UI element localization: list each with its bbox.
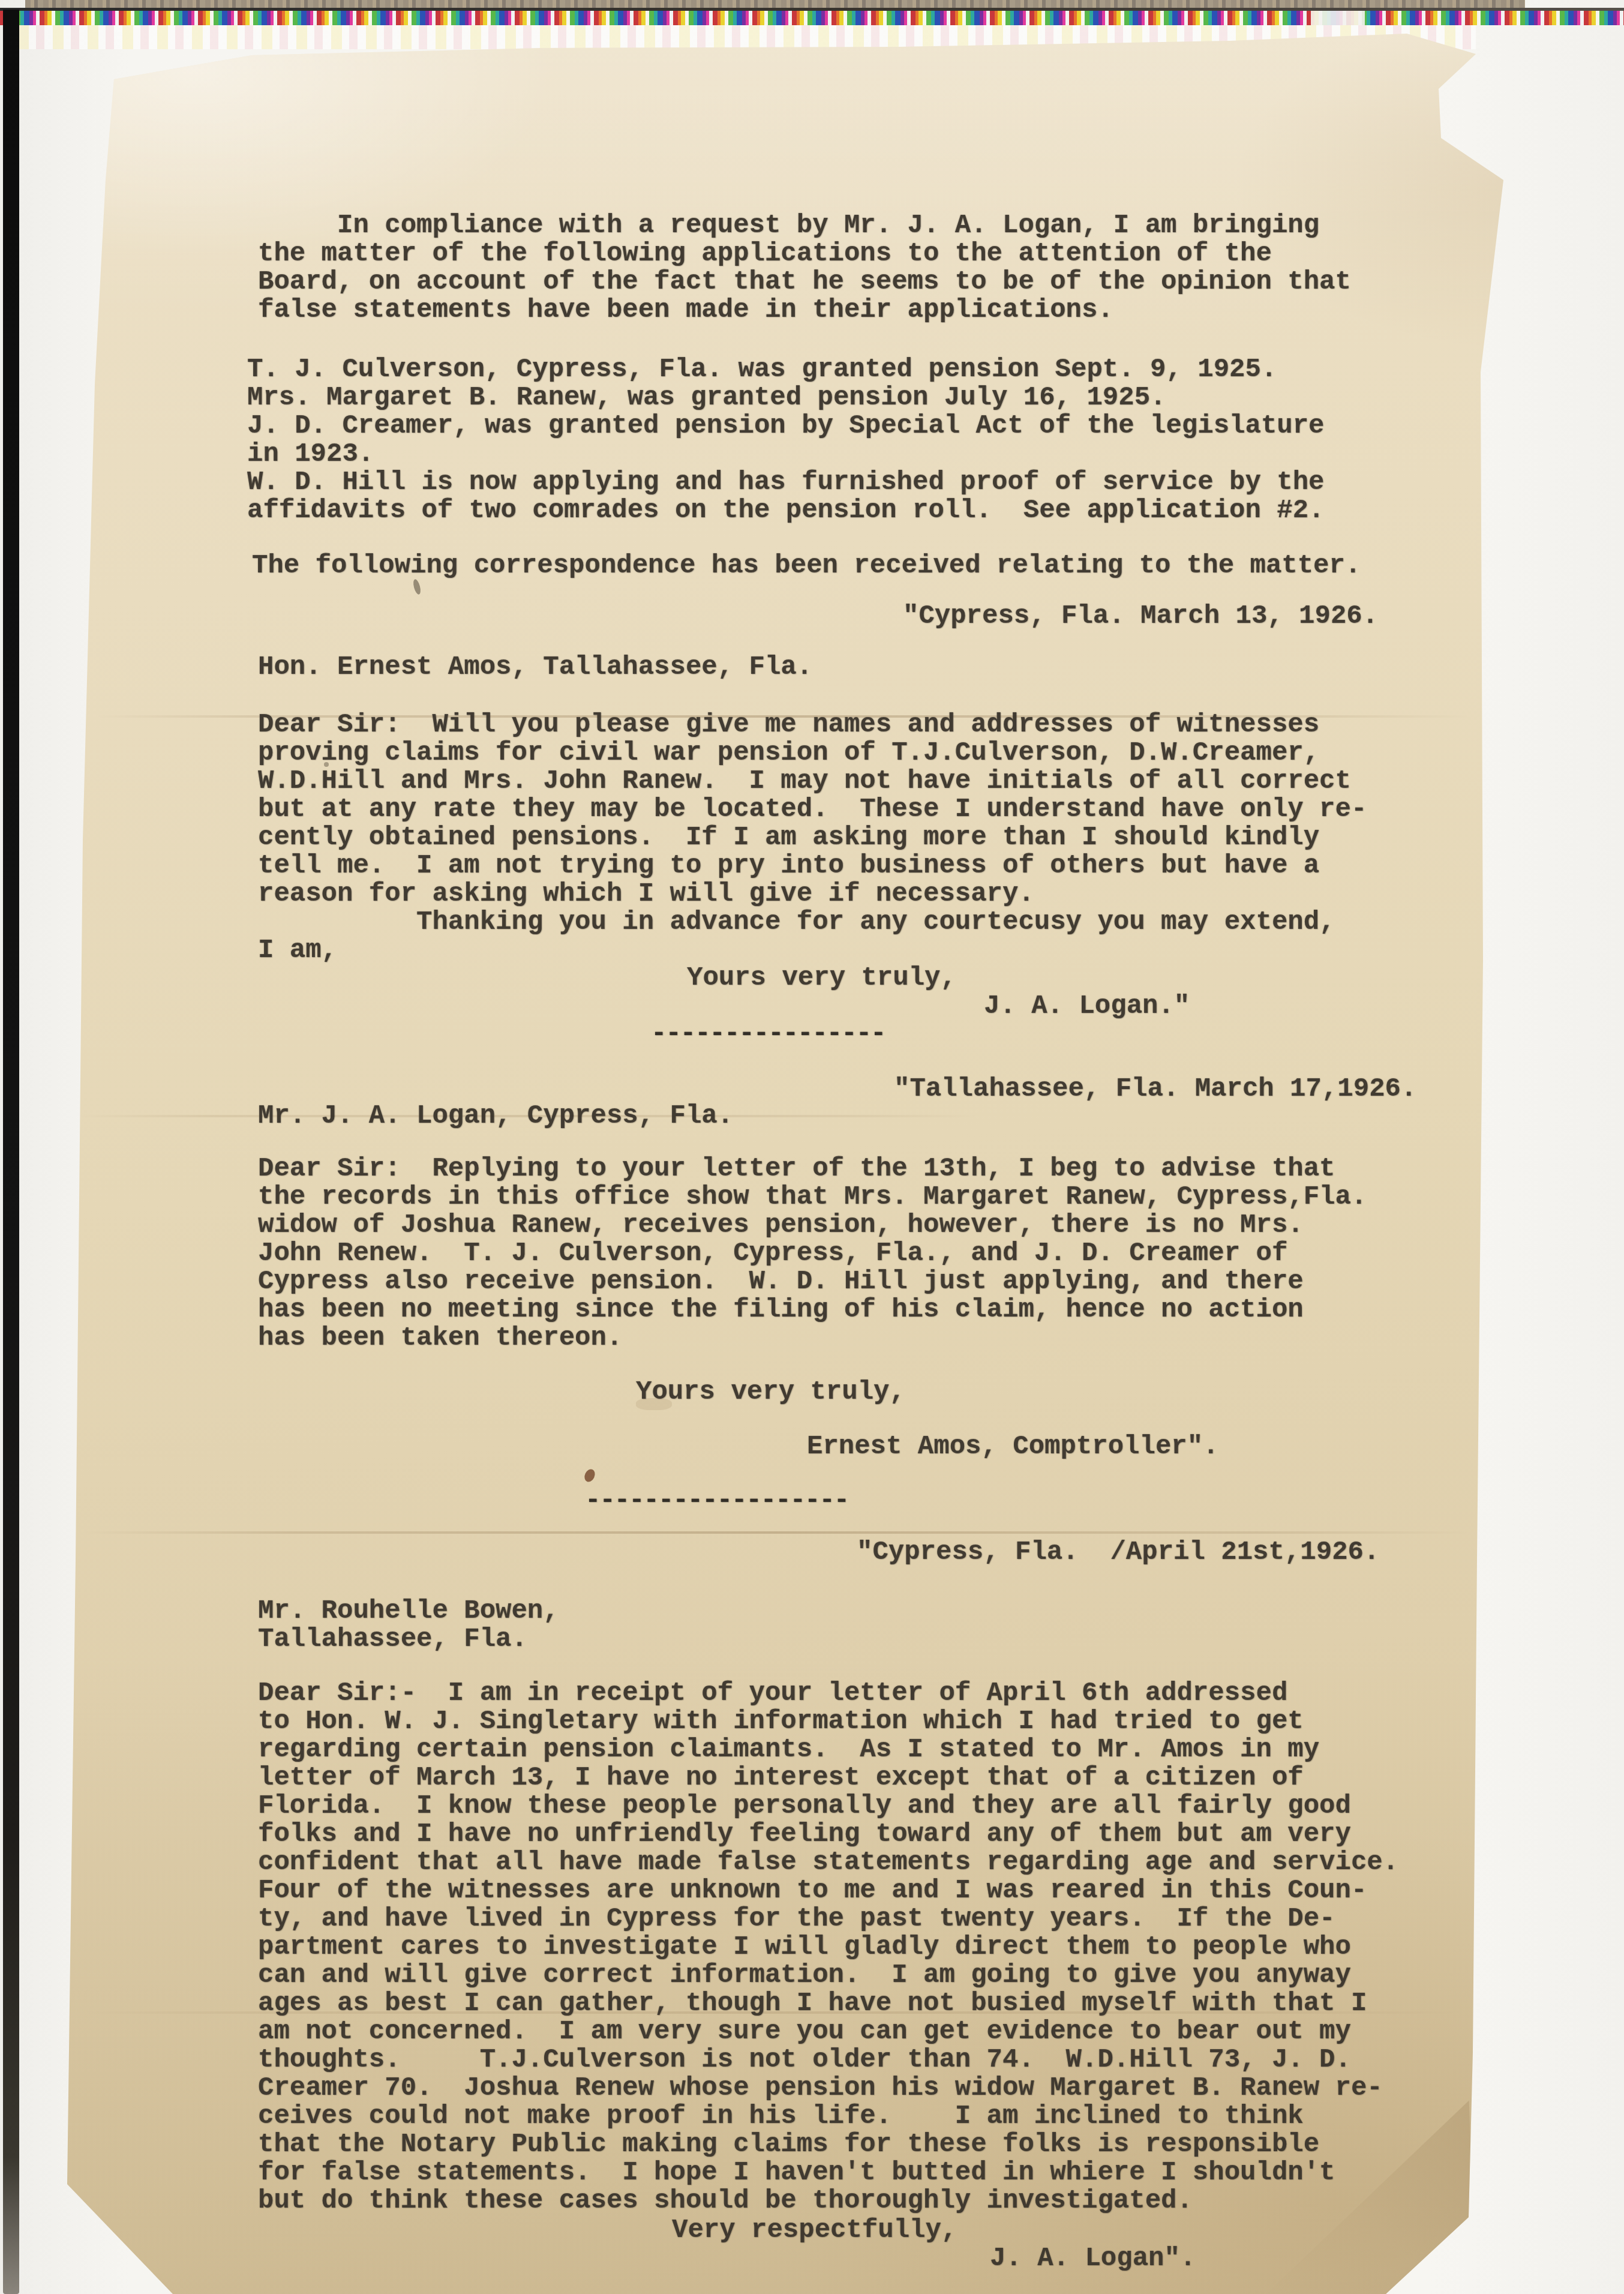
letter1-addressee: Hon. Ernest Amos, Tallahassee, Fla.: [258, 653, 812, 682]
paper-crease: [84, 1531, 1470, 1534]
scanner-color-calibration-bar: [0, 11, 1624, 25]
scanned-letter-screenshot: { "document": { "intro_paragraph": " In …: [0, 0, 1624, 2294]
pension-grant-list: T. J. Culverson, Cypress, Fla. was grant…: [247, 356, 1325, 525]
letter2-body: Dear Sir: Replying to your letter of the…: [258, 1155, 1367, 1353]
letter1-closing: Yours very truly,: [687, 964, 956, 992]
letter3-addressee: Mr. Rouhelle Bowen, Tallahassee, Fla.: [258, 1597, 559, 1654]
letter1-body: Dear Sir: Will you please give me names …: [258, 711, 1367, 965]
letter3-dateline: "Cypress, Fla. /April 21st,1926.: [857, 1539, 1379, 1567]
letter1-dateline: "Cypress, Fla. March 13, 1926.: [903, 602, 1378, 631]
letter3-body: Dear Sir:- I am in receipt of your lette…: [258, 1680, 1398, 2215]
color-bar-gap: [1311, 11, 1365, 25]
letter3-closing: Very respectfully,: [672, 2217, 957, 2245]
letter1-signature: J. A. Logan.": [984, 992, 1190, 1021]
letter-page: In compliance with a request by Mr. J. A…: [0, 0, 1624, 2294]
letter2-closing: Yours very truly,: [636, 1378, 905, 1407]
section-divider: ------------------: [585, 1487, 848, 1515]
correspondence-note: The following correspondence has been re…: [252, 552, 1361, 580]
letter2-signature: Ernest Amos, Comptroller".: [807, 1433, 1219, 1461]
letter2-addressee: Mr. J. A. Logan, Cypress, Fla.: [258, 1102, 733, 1130]
letter3-signature: J. A. Logan".: [990, 2245, 1196, 2273]
intro-paragraph: In compliance with a request by Mr. J. A…: [258, 212, 1351, 325]
letter2-dateline: "Tallahassee, Fla. March 17,1926.: [894, 1075, 1416, 1103]
film-edge-strip: [3, 10, 19, 2294]
section-divider: ----------------: [651, 1020, 885, 1048]
